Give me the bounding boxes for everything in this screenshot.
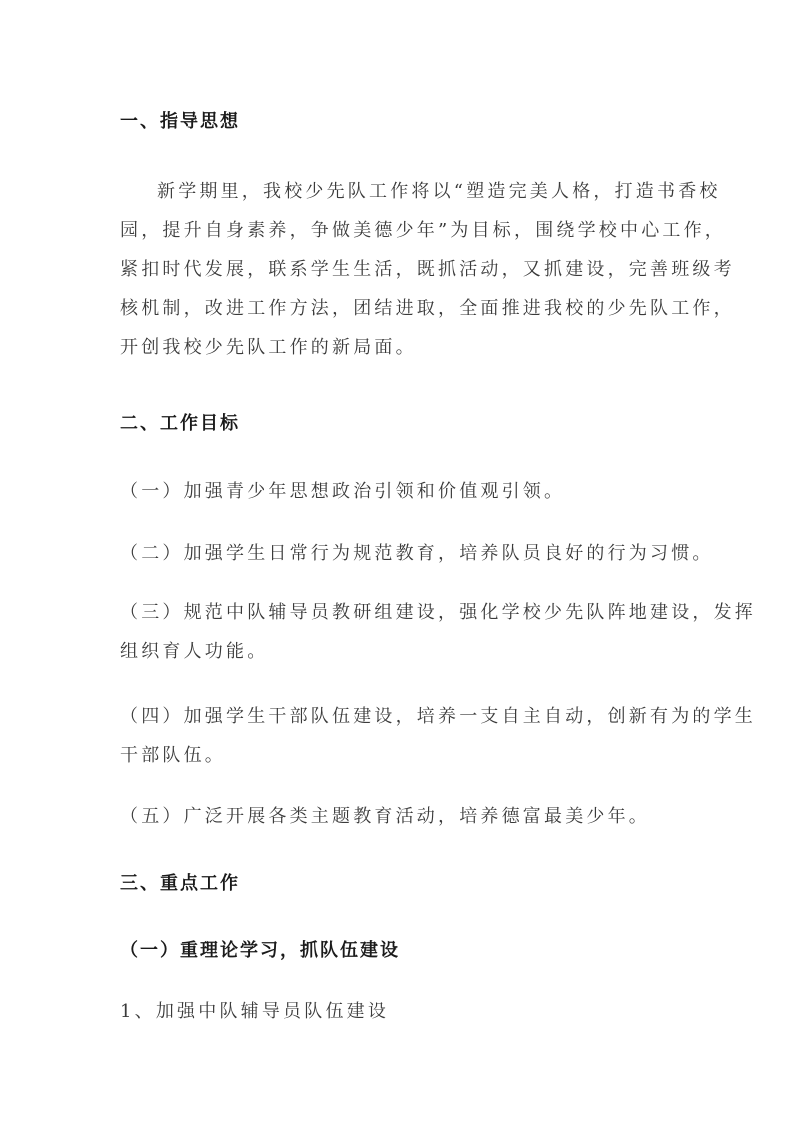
goal-item-3-line-1: （三）规范中队辅导员教研组建设，强化学校少先队阵地建设，发挥 [120,601,756,625]
paragraph-line: 新学期里，我校少先队工作将以“塑造完美人格，打造书香校 [157,180,721,204]
goal-item-4-line-1: （四）加强学生干部队伍建设，培养一支自主自动，创新有为的学生 [120,705,756,729]
goal-item-2: （二）加强学生日常行为规范教育，培养队员良好的行为习惯。 [120,542,714,566]
point-item: 1、加强中队辅导员队伍建设 [120,1000,389,1024]
paragraph-line: 紧扣时代发展，联系学生生活，既抓活动，又抓建设，完善班级考 [120,258,735,282]
paragraph-line: 核机制，改进工作方法，团结进取，全面推进我校的少先队工作， [120,297,735,321]
section-heading-work-goals: 二、工作目标 [120,412,240,436]
paragraph-line: 开创我校少先队工作的新局面。 [120,336,417,360]
section-heading-guiding-ideology: 一、指导思想 [120,110,240,134]
goal-item-1: （一）加强青少年思想政治引领和价值观引领。 [120,480,565,504]
section-heading-key-work: 三、重点工作 [120,872,240,896]
goal-item-5: （五）广泛开展各类主题教育活动，培养德富最美少年。 [120,805,650,829]
goal-item-4-line-2: 干部队伍。 [120,744,226,768]
subsection-heading: （一）重理论学习，抓队伍建设 [120,939,400,963]
document-page: 一、指导思想 新学期里，我校少先队工作将以“塑造完美人格，打造书香校 园，提升自… [0,0,793,1122]
goal-item-3-line-2: 组织育人功能。 [120,640,268,664]
paragraph-line: 园，提升自身素养，争做美德少年”为目标，围绕学校中心工作， [120,219,726,243]
